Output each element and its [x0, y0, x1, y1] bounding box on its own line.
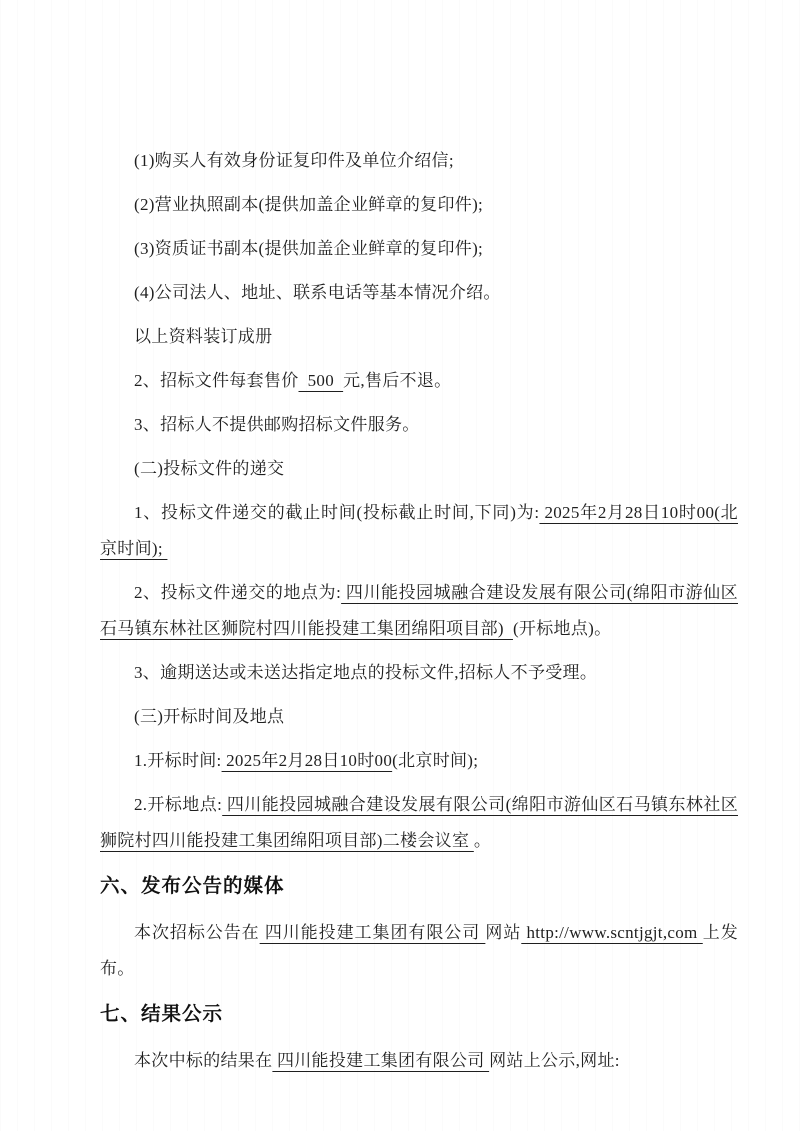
text-segment: 以上资料装订成册 [134, 327, 272, 346]
section-bid-submission-title: (二)投标文件的递交 [100, 451, 738, 487]
text-segment: (二)投标文件的递交 [134, 459, 284, 478]
text-segment: 元,售后不退。 [343, 371, 451, 390]
opening-place-item: 2.开标地点: 四川能投园城融合建设发展有限公司(绵阳市游仙区石马镇东林社区狮院… [100, 787, 738, 859]
submission-place-item: 2、投标文件递交的地点为: 四川能投园城融合建设发展有限公司(绵阳市游仙区石马镇… [100, 575, 738, 647]
text-segment: 1、投标文件递交的截止时间(投标截止时间,下同)为: [134, 503, 539, 522]
text-segment: 2、投标文件递交的地点为: [134, 583, 341, 602]
buyer-id-copy-item: (1)购买人有效身份证复印件及单位介绍信; [100, 143, 738, 179]
heading-announcement-media: 六、发布公告的媒体 [100, 867, 738, 905]
late-submission-item: 3、逾期送达或未送达指定地点的投标文件,招标人不予受理。 [100, 655, 738, 691]
underlined-text: 四川能投建工集团有限公司 [260, 923, 486, 942]
announcement-media-body: 本次招标公告在 四川能投建工集团有限公司 网站 http://www.scntj… [100, 915, 738, 987]
result-publicity-body: 本次中标的结果在 四川能投建工集团有限公司 网站上公示,网址: [100, 1043, 738, 1079]
text-segment: 1.开标时间: [134, 751, 222, 770]
text-segment: 2、招标文件每套售价 [134, 371, 299, 390]
text-segment: 网站上公示,网址: [489, 1051, 620, 1070]
section-bid-opening-title: (三)开标时间及地点 [100, 699, 738, 735]
submission-deadline-item: 1、投标文件递交的截止时间(投标截止时间,下同)为: 2025年2月28日10时… [100, 495, 738, 567]
underlined-text: http://www.scntjgjt,com [521, 923, 702, 942]
underlined-text: 2025年2月28日10时00 [222, 751, 393, 770]
text-segment: 六、发布公告的媒体 [100, 875, 285, 897]
document-content: (1)购买人有效身份证复印件及单位介绍信;(2)营业执照副本(提供加盖企业鲜章的… [100, 143, 738, 1087]
underlined-text: 500 [299, 371, 344, 390]
text-segment: 本次招标公告在 [134, 923, 260, 942]
text-segment: (北京时间); [392, 751, 478, 770]
text-segment: 2.开标地点: [134, 795, 222, 814]
document-page: (1)购买人有效身份证复印件及单位介绍信;(2)营业执照副本(提供加盖企业鲜章的… [0, 0, 800, 1131]
document-price-item: 2、招标文件每套售价 500 元,售后不退。 [100, 363, 738, 399]
qualification-certificate-item: (3)资质证书副本(提供加盖企业鲜章的复印件); [100, 231, 738, 267]
text-segment: 七、结果公示 [100, 1003, 223, 1025]
text-segment: (3)资质证书副本(提供加盖企业鲜章的复印件); [134, 239, 483, 258]
company-basic-info-item: (4)公司法人、地址、联系电话等基本情况介绍。 [100, 275, 738, 311]
text-segment: 。 [474, 831, 491, 850]
business-license-item: (2)营业执照副本(提供加盖企业鲜章的复印件); [100, 187, 738, 223]
text-segment: 3、招标人不提供邮购招标文件服务。 [134, 415, 420, 434]
opening-time-item: 1.开标时间: 2025年2月28日10时00(北京时间); [100, 743, 738, 779]
text-segment: 3、逾期送达或未送达指定地点的投标文件,招标人不予受理。 [134, 663, 597, 682]
materials-binding-note: 以上资料装订成册 [100, 319, 738, 355]
text-segment: 本次中标的结果在 [134, 1051, 272, 1070]
text-segment: (三)开标时间及地点 [134, 707, 284, 726]
text-segment: (4)公司法人、地址、联系电话等基本情况介绍。 [134, 283, 501, 302]
underlined-text: 四川能投建工集团有限公司 [272, 1051, 489, 1070]
text-segment: (1)购买人有效身份证复印件及单位介绍信; [134, 151, 454, 170]
heading-result-publicity: 七、结果公示 [100, 995, 738, 1033]
text-segment: 网站 [485, 923, 521, 942]
text-segment: (2)营业执照副本(提供加盖企业鲜章的复印件); [134, 195, 483, 214]
text-segment: (开标地点)。 [513, 619, 611, 638]
no-mail-order-item: 3、招标人不提供邮购招标文件服务。 [100, 407, 738, 443]
